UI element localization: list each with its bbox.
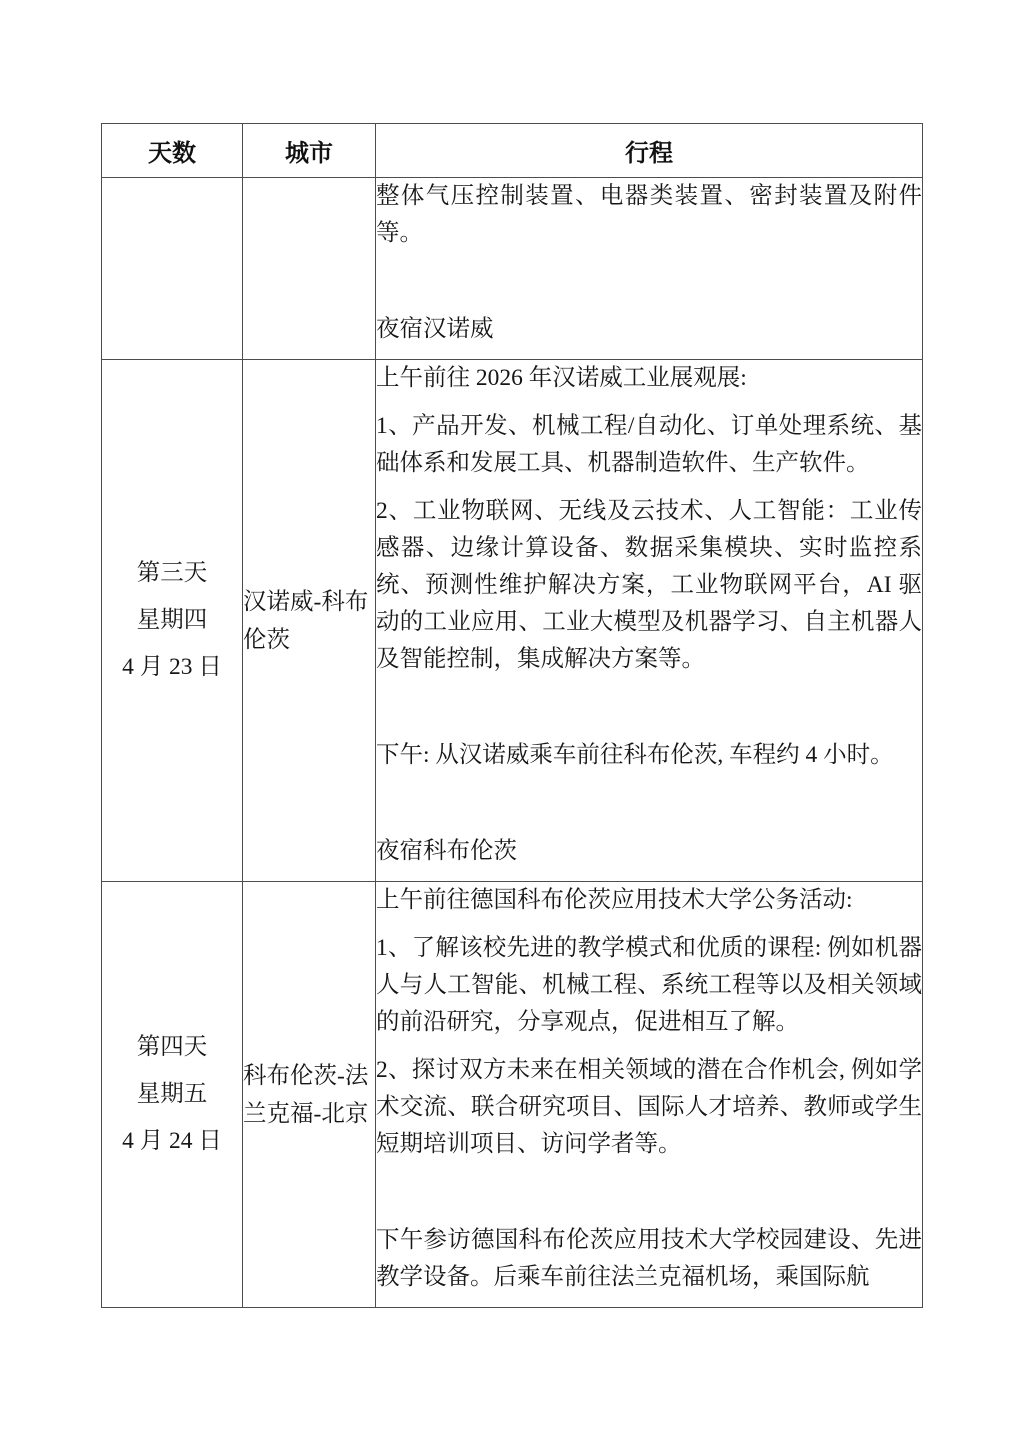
city-cell — [243, 178, 376, 360]
day-cell: 第四天 星期五 4 月 24 日 — [102, 882, 243, 1308]
document-page: 天数 城市 行程 整体气压控制装置、电器类装置、密封装置及附件等。夜宿汉诺威第三… — [0, 0, 1024, 1448]
itinerary-paragraph: 下午: 从汉诺威乘车前往科布伦茨, 车程约 4 小时。 — [376, 737, 922, 774]
itinerary-paragraph: 夜宿汉诺威 — [376, 311, 922, 348]
itinerary-cell: 整体气压控制装置、电器类装置、密封装置及附件等。夜宿汉诺威 — [376, 178, 923, 360]
itinerary-row: 整体气压控制装置、电器类装置、密封装置及附件等。夜宿汉诺威 — [102, 178, 923, 360]
itinerary-row: 第四天 星期五 4 月 24 日科布伦茨-法兰克福-北京上午前往德国科布伦茨应用… — [102, 882, 923, 1308]
blank-line — [376, 263, 922, 300]
city-cell: 汉诺威-科布伦茨 — [243, 360, 376, 882]
itinerary-paragraph: 上午前往德国科布伦茨应用技术大学公务活动: — [376, 882, 922, 919]
col-header-city: 城市 — [243, 124, 376, 178]
itinerary-paragraph: 2、探讨双方未来在相关领域的潜在合作机会, 例如学术交流、联合研究项目、国际人才… — [376, 1052, 922, 1163]
table-header: 天数 城市 行程 — [102, 124, 923, 178]
itinerary-row: 第三天 星期四 4 月 23 日汉诺威-科布伦茨上午前往 2026 年汉诺威工业… — [102, 360, 923, 882]
day-cell — [102, 178, 243, 360]
itinerary-paragraph: 1、产品开发、机械工程/自动化、订单处理系统、基础体系和发展工具、机器制造软件、… — [376, 408, 922, 482]
itinerary-paragraph: 2、工业物联网、无线及云技术、人工智能：工业传感器、边缘计算设备、数据采集模块、… — [376, 493, 922, 678]
table-body: 整体气压控制装置、电器类装置、密封装置及附件等。夜宿汉诺威第三天 星期四 4 月… — [102, 178, 923, 1308]
blank-line — [376, 1174, 922, 1211]
col-header-itinerary: 行程 — [376, 124, 923, 178]
itinerary-paragraph: 下午参访德国科布伦茨应用技术大学校园建设、先进教学设备。后乘车前往法兰克福机场，… — [376, 1222, 922, 1296]
itinerary-paragraph: 整体气压控制装置、电器类装置、密封装置及附件等。 — [376, 178, 922, 252]
header-row: 天数 城市 行程 — [102, 124, 923, 178]
city-cell: 科布伦茨-法兰克福-北京 — [243, 882, 376, 1308]
col-header-days: 天数 — [102, 124, 243, 178]
itinerary-paragraph: 上午前往 2026 年汉诺威工业展观展: — [376, 360, 922, 397]
itinerary-cell: 上午前往 2026 年汉诺威工业展观展:1、产品开发、机械工程/自动化、订单处理… — [376, 360, 923, 882]
blank-line — [376, 689, 922, 726]
itinerary-cell: 上午前往德国科布伦茨应用技术大学公务活动:1、了解该校先进的教学模式和优质的课程… — [376, 882, 923, 1308]
itinerary-table: 天数 城市 行程 整体气压控制装置、电器类装置、密封装置及附件等。夜宿汉诺威第三… — [101, 123, 923, 1308]
itinerary-paragraph: 夜宿科布伦茨 — [376, 833, 922, 870]
day-cell: 第三天 星期四 4 月 23 日 — [102, 360, 243, 882]
blank-line — [376, 785, 922, 822]
itinerary-paragraph: 1、了解该校先进的教学模式和优质的课程: 例如机器人与人工智能、机械工程、系统工… — [376, 930, 922, 1041]
